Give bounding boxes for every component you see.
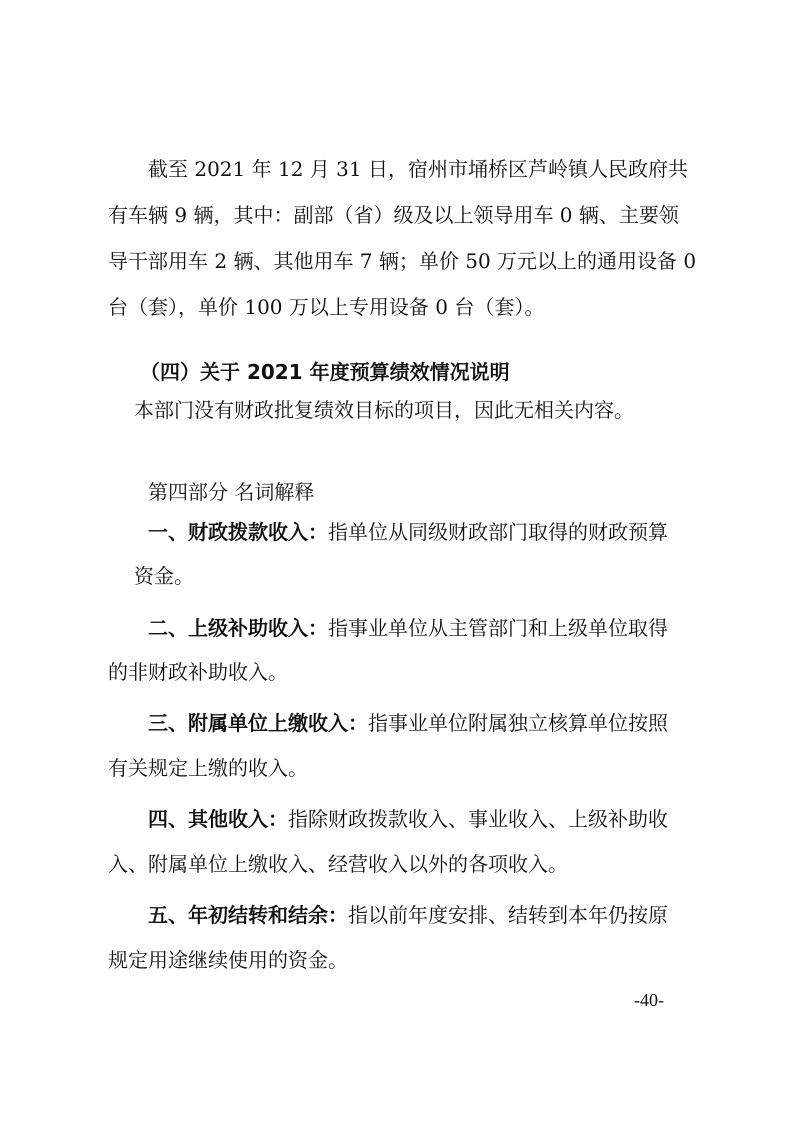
term-2-line-1: 二、上级补助收入：指事业单位从主管部门和上级单位取得 [148,616,668,640]
term-1-label: 一、财政拨款收入： [148,520,328,544]
paragraph-vehicles-line-3: 导干部用车 2 辆、其他用车 7 辆；单价 50 万元以上的通用设备 0 [108,249,696,273]
term-4-label: 四、其他收入： [148,807,288,831]
term-3-line-2: 有关规定上缴的收入。 [108,756,308,780]
term-4-definition: 指除财政拨款收入、事业收入、上级补助收 [288,807,668,831]
paragraph-vehicles-line-1: 截至 2021 年 12 月 31 日，宿州市埇桥区芦岭镇人民政府共 [148,157,688,181]
section-four-heading: （四）关于 2021 年度预算绩效情况说明 [140,360,510,384]
page-number: -40- [634,990,664,1011]
term-3-label: 三、附属单位上缴收入： [148,711,368,735]
term-5-definition: 指以前年度安排、结转到本年仍按原 [348,903,668,927]
term-5-line-1: 五、年初结转和结余：指以前年度安排、结转到本年仍按原 [148,903,668,927]
term-5-line-2: 规定用途继续使用的资金。 [108,948,348,972]
paragraph-vehicles-line-4: 台（套），单价 100 万以上专用设备 0 台（套）。 [108,295,544,319]
term-2-line-2: 的非财政补助收入。 [108,660,288,684]
term-3-definition: 指事业单位附属独立核算单位按照 [368,711,668,735]
term-3-line-1: 三、附属单位上缴收入：指事业单位附属独立核算单位按照 [148,711,668,735]
term-2-definition: 指事业单位从主管部门和上级单位取得 [328,616,668,640]
section-four-body: 本部门没有财政批复绩效目标的项目，因此无相关内容。 [134,398,634,422]
paragraph-vehicles-line-2: 有车辆 9 辆，其中：副部（省）级及以上领导用车 0 辆、主要领 [108,203,688,227]
term-1-line-1: 一、财政拨款收入：指单位从同级财政部门取得的财政预算 [148,520,668,544]
term-4-line-1: 四、其他收入：指除财政拨款收入、事业收入、上级补助收 [148,807,668,831]
term-1-definition: 指单位从同级财政部门取得的财政预算 [328,520,668,544]
term-5-label: 五、年初结转和结余： [148,903,348,927]
term-1-line-2: 资金。 [134,564,194,588]
part-four-title: 第四部分 名词解释 [148,480,314,504]
term-2-label: 二、上级补助收入： [148,616,328,640]
term-4-line-2: 入、附属单位上缴收入、经营收入以外的各项收入。 [108,852,568,876]
